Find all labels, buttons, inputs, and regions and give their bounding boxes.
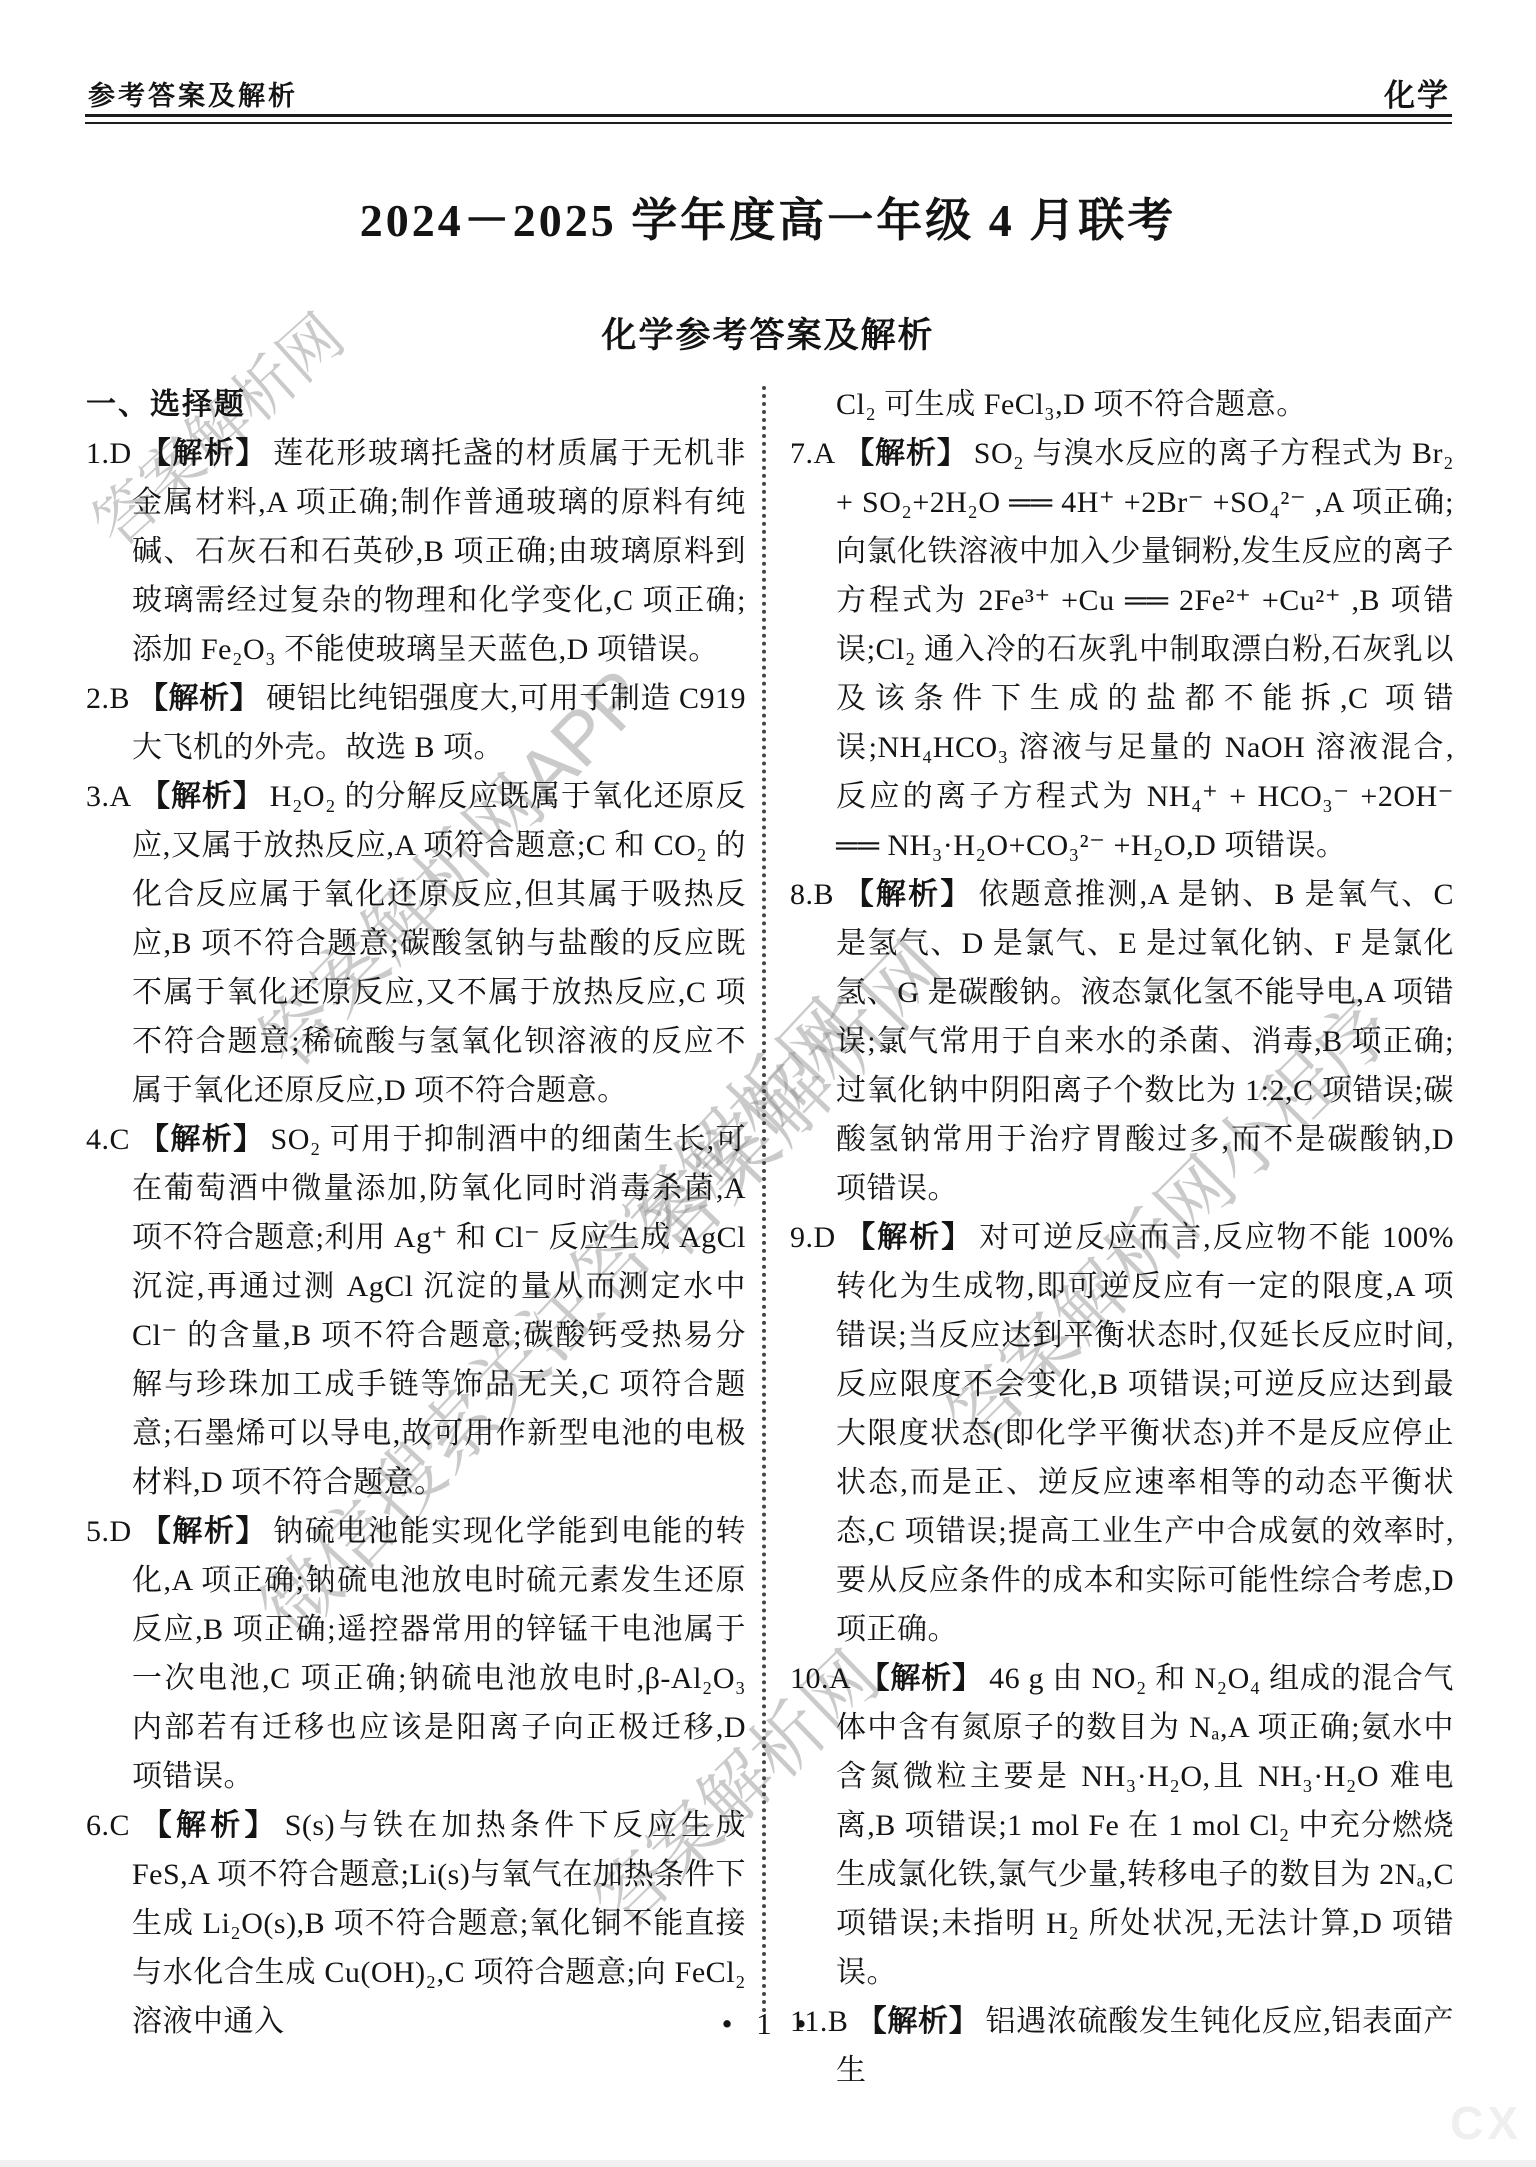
section-heading: 一、选择题 <box>86 380 746 429</box>
analysis-tag: 【解析】 <box>138 682 260 715</box>
analysis-tag: 【解析】 <box>844 437 968 470</box>
answer-text: SO₂ 可用于抑制酒中的细菌生长,可在葡萄酒中微量添加,防氧化同时消毒杀菌,A … <box>132 1123 746 1499</box>
answer-item-1: 1.D【解析】莲花形玻璃托盏的材质属于无机非金属材料,A 项正确;制作普通玻璃的… <box>86 429 746 674</box>
answer-item-3: 3.A【解析】H₂O₂ 的分解反应既属于氧化还原反应,又属于放热反应,A 项符合… <box>86 772 746 1115</box>
analysis-tag: 【解析】 <box>842 878 973 911</box>
answer-item-9: 9.D【解析】对可逆反应而言,反应物不能 100%转化为生成物,即可逆反应有一定… <box>790 1213 1454 1654</box>
corner-watermark: CX <box>1450 2096 1522 2150</box>
answer-item-4: 4.C【解析】SO₂ 可用于抑制酒中的细菌生长,可在葡萄酒中微量添加,防氧化同时… <box>86 1115 746 1507</box>
analysis-tag: 【解析】 <box>138 1809 279 1842</box>
answer-number: 2.B <box>86 682 130 715</box>
answer-item-8: 8.B【解析】依题意推测,A 是钠、B 是氧气、C 是氢气、D 是氯气、E 是过… <box>790 870 1454 1213</box>
answer-text: 莲花形玻璃托盏的材质属于无机非金属材料,A 项正确;制作普通玻璃的原料有纯碱、石… <box>132 437 746 666</box>
answer-text: SO₂ 与溴水反应的离子方程式为 Br₂ + SO₂+2H₂O ══ 4H⁺ +… <box>836 437 1454 862</box>
answer-text: 46 g 由 NO₂ 和 N₂O₄ 组成的混合气体中含有氮原子的数目为 Nₐ,A… <box>836 1662 1454 1989</box>
doc-title: 2024－2025 学年度高一年级 4 月联考 <box>0 184 1536 250</box>
answer-text: H₂O₂ 的分解反应既属于氧化还原反应,又属于放热反应,A 项符合题意;C 和 … <box>132 780 746 1107</box>
answer-text: Cl₂ 可生成 FeCl₃,D 项不符合题意。 <box>836 388 1307 421</box>
answer-number: 8.B <box>790 878 834 911</box>
answer-number: 4.C <box>86 1123 130 1156</box>
answer-text: 对可逆反应而言,反应物不能 100%转化为生成物,即可逆反应有一定的限度,A 项… <box>836 1221 1454 1646</box>
answer-number: 10.A <box>790 1662 851 1695</box>
answer-item-10: 10.A【解析】46 g 由 NO₂ 和 N₂O₄ 组成的混合气体中含有氮原子的… <box>790 1654 1454 1997</box>
answer-item-7: 7.A【解析】SO₂ 与溴水反应的离子方程式为 Br₂ + SO₂+2H₂O ═… <box>790 429 1454 870</box>
answer-number: 9.D <box>790 1221 836 1254</box>
analysis-tag: 【解析】 <box>140 1515 267 1548</box>
doc-subtitle: 化学参考答案及解析 <box>0 308 1536 358</box>
answer-number: 5.D <box>86 1515 132 1548</box>
answer-number: 7.A <box>790 437 836 470</box>
answer-number: 6.C <box>86 1809 130 1842</box>
analysis-tag: 【解析】 <box>140 437 267 470</box>
analysis-tag: 【解析】 <box>138 1123 265 1156</box>
right-column: Cl₂ 可生成 FeCl₃,D 项不符合题意。 7.A【解析】SO₂ 与溴水反应… <box>790 380 1454 2095</box>
header-left-label: 参考答案及解析 <box>88 74 298 113</box>
answer-item-6-continuation: Cl₂ 可生成 FeCl₃,D 项不符合题意。 <box>790 380 1454 429</box>
header-double-rule <box>85 114 1452 124</box>
left-column: 一、选择题 1.D【解析】莲花形玻璃托盏的材质属于无机非金属材料,A 项正确;制… <box>86 380 746 2046</box>
answer-text: 钠硫电池能实现化学能到电能的转化,A 项正确;钠硫电池放电时硫元素发生还原反应,… <box>132 1515 746 1793</box>
answer-item-5: 5.D【解析】钠硫电池能实现化学能到电能的转化,A 项正确;钠硫电池放电时硫元素… <box>86 1507 746 1801</box>
scan-edge <box>0 2160 1536 2167</box>
answer-text: S(s)与铁在加热条件下反应生成 FeS,A 项不符合题意;Li(s)与氧气在加… <box>132 1809 746 2038</box>
analysis-tag: 【解析】 <box>859 1662 983 1695</box>
header-subject-label: 化学 <box>1384 70 1450 115</box>
column-divider <box>762 386 766 2014</box>
answer-number: 3.A <box>86 780 132 813</box>
answer-number: 1.D <box>86 437 132 470</box>
answer-text: 依题意推测,A 是钠、B 是氧气、C 是氢气、D 是氯气、E 是过氧化钠、F 是… <box>836 878 1454 1205</box>
analysis-tag: 【解析】 <box>844 1221 973 1254</box>
analysis-tag: 【解析】 <box>140 780 264 813</box>
page-number: • 1 • <box>0 2006 1536 2042</box>
answer-item-2: 2.B【解析】硬铝比纯铝强度大,可用于制造 C919 大飞机的外壳。故选 B 项… <box>86 674 746 772</box>
